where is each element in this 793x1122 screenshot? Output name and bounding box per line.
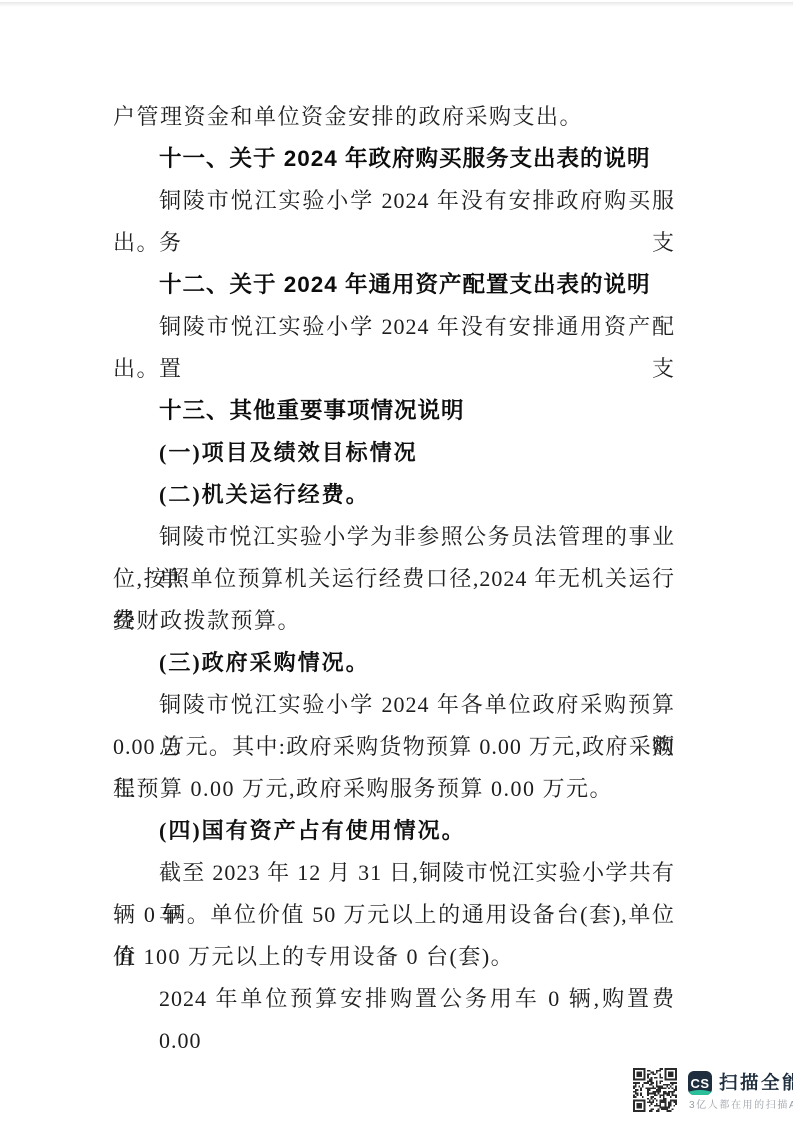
doc-line: 位,按照单位预算机关运行经费口径,2024 年无机关运行经 — [113, 558, 675, 600]
camscanner-app-name: 扫描全能王 — [719, 1071, 793, 1095]
doc-line: (一)项目及绩效目标情况 — [113, 432, 675, 474]
doc-line: 0.00 万元。其中:政府采购货物预算 0.00 万元,政府采购工 — [113, 726, 675, 768]
doc-line: 铜陵市悦江实验小学为非参照公务员法管理的事业单 — [113, 516, 675, 558]
doc-line: 辆 0 辆。单位价值 50 万元以上的通用设备台(套),单位价 — [113, 894, 675, 936]
doc-line: (三)政府采购情况。 — [113, 642, 675, 684]
doc-line: 铜陵市悦江实验小学 2024 年没有安排通用资产配置支 — [113, 306, 675, 348]
camscanner-tagline: 3亿人都在用的扫描App — [689, 1100, 793, 1112]
document-body: 户管理资金和单位资金安排的政府采购支出。十一、关于 2024 年政府购买服务支出… — [113, 96, 675, 1020]
camscanner-logo-badge: CS — [688, 1071, 712, 1095]
doc-line: 值 100 万元以上的专用设备 0 台(套)。 — [113, 936, 675, 978]
doc-line: 十一、关于 2024 年政府购买服务支出表的说明 — [113, 138, 675, 180]
doc-line: 铜陵市悦江实验小学 2024 年各单位政府采购预算总额 — [113, 684, 675, 726]
doc-line: 铜陵市悦江实验小学 2024 年没有安排政府购买服务支 — [113, 180, 675, 222]
doc-line: 十二、关于 2024 年通用资产配置支出表的说明 — [113, 264, 675, 306]
scan-artifact — [0, 2, 793, 7]
scanned-document-page: 户管理资金和单位资金安排的政府采购支出。十一、关于 2024 年政府购买服务支出… — [0, 0, 793, 1122]
qr-code — [633, 1068, 677, 1112]
logo-initials: CS — [688, 1071, 712, 1095]
doc-line: 2024 年单位预算安排购置公务用车 0 辆,购置费 0.00 — [113, 978, 675, 1020]
doc-line: 十三、其他重要事项情况说明 — [113, 390, 675, 432]
doc-line: 程预算 0.00 万元,政府采购服务预算 0.00 万元。 — [113, 768, 675, 810]
camscanner-watermark: CS 扫描全能王 3亿人都在用的扫描App — [633, 1068, 793, 1118]
doc-line: (二)机关运行经费。 — [113, 474, 675, 516]
doc-line: (四)国有资产占有使用情况。 — [113, 810, 675, 852]
doc-line: 截至 2023 年 12 月 31 日,铜陵市悦江实验小学共有车 — [113, 852, 675, 894]
doc-line: 费财政拨款预算。 — [113, 600, 675, 642]
doc-line: 户管理资金和单位资金安排的政府采购支出。 — [113, 96, 675, 138]
